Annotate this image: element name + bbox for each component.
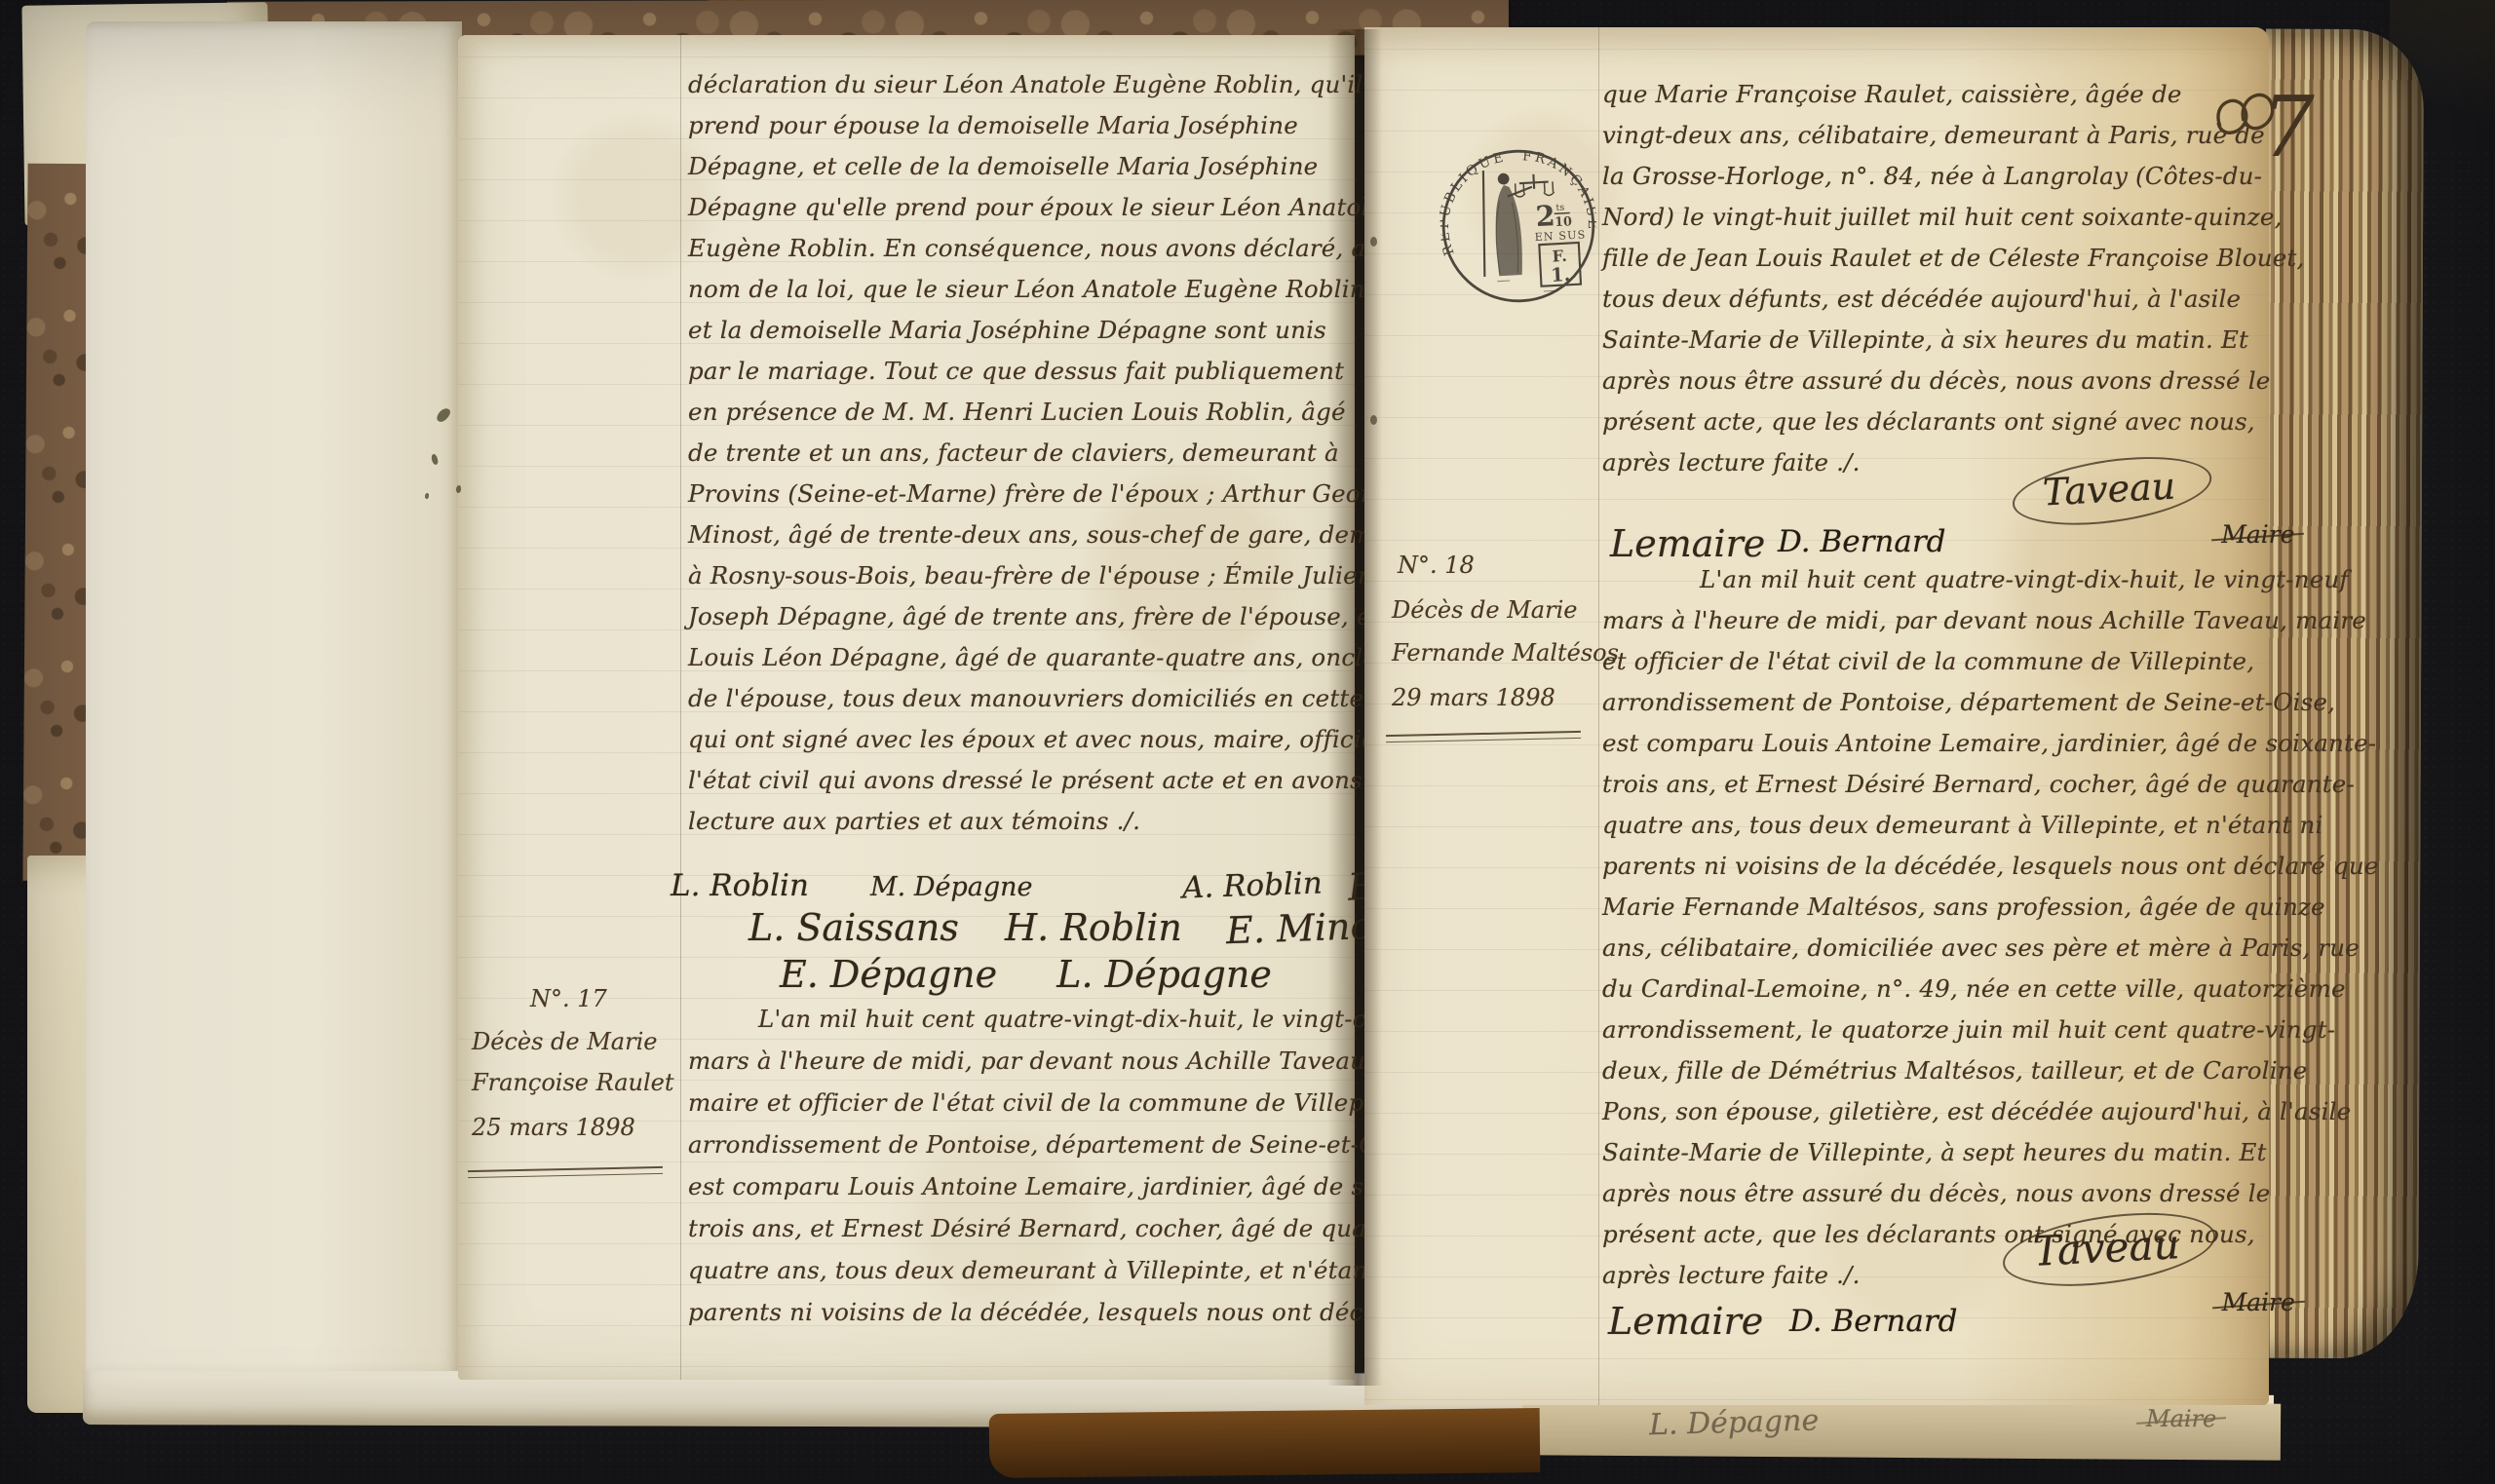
signature: M. Dépagne <box>870 872 1032 902</box>
handwritten-text-line: déclaration du sieur Léon Anatole Eugène… <box>688 64 1355 105</box>
handwritten-text-line: vingt-deux ans, célibataire, demeurant à… <box>1602 115 2275 156</box>
handwritten-text-line: parents ni voisins de la décédée, lesque… <box>1602 846 2275 887</box>
margin-rule-line <box>680 35 681 1380</box>
handwritten-text-line: fille de Jean Louis Raulet et de Céleste… <box>1602 238 2275 279</box>
act-number: N°. 17 <box>472 985 607 1012</box>
declarant-signature: Lemaire <box>1610 522 1765 565</box>
signature-row-2: L. Saissans H. Roblin E. Minost <box>748 906 1406 949</box>
margin-divider <box>1386 731 1581 742</box>
handwritten-text-line: prend pour épouse la demoiselle Maria Jo… <box>688 105 1355 146</box>
handwritten-text-line: nom de la loi, que le sieur Léon Anatole… <box>688 269 1355 310</box>
act-18-signatures: Taveau Maire Lemaire D. Bernard <box>1602 1294 2275 1391</box>
handwritten-text-line: tous deux défunts, est décédée aujourd'h… <box>1602 279 2275 320</box>
declarant-signature: Lemaire <box>1608 1300 1763 1343</box>
svg-text:10: 10 <box>1555 214 1573 230</box>
handwritten-text-line: ans, célibataire, domiciliée avec ses pè… <box>1602 928 2275 969</box>
handwritten-text-line: parents ni voisins de la décédée, lesque… <box>688 1291 1355 1333</box>
margin-note-act-18: N°. 18 Décès de Marie Fernande Maltésos … <box>1392 552 1604 746</box>
handwritten-text-line: que Marie Françoise Raulet, caissière, â… <box>1602 74 2275 115</box>
signature: L. Saissans <box>748 906 959 949</box>
signature: A. Roblin <box>1181 866 1323 906</box>
handwritten-text-line: de trente et un ans, facteur de claviers… <box>688 433 1355 474</box>
handwritten-text-line: qui ont signé avec les époux et avec nou… <box>688 719 1355 760</box>
death-act-17-text: L'an mil huit cent quatre-vingt-dix-huit… <box>688 998 1355 1333</box>
handwritten-text-line: de l'épouse, tous deux manouvriers domic… <box>688 678 1355 719</box>
svg-text:ts: ts <box>1555 203 1564 213</box>
mayor-title: Maire <box>2222 1288 2295 1316</box>
signature-row-3: E. Dépagne L. Dépagne Taveau Maire <box>780 953 1325 996</box>
declarant-signature: D. Bernard <box>1789 1304 1958 1339</box>
signature: E. Dépagne <box>780 953 997 996</box>
handwritten-text-line: Louis Léon Dépagne, âgé de quarante-quat… <box>688 637 1355 678</box>
handwritten-text-line: après nous être assuré du décès, nous av… <box>1602 1173 2275 1214</box>
deceased-name: Françoise Raulet <box>472 1069 674 1096</box>
svg-text:1.: 1. <box>1551 263 1571 286</box>
handwritten-text-line: Nord) le vingt-huit juillet mil huit cen… <box>1602 197 2275 238</box>
handwritten-text-line: arrondissement de Pontoise, département … <box>1602 682 2275 723</box>
republique-francaise-fiscal-stamp: RÉPUBLIQUE FRANÇAISE <box>1437 144 1600 308</box>
mayor-title: Maire <box>2221 520 2294 549</box>
wooden-stand-bottom <box>989 1408 1541 1478</box>
handwritten-text-line: Sainte-Marie de Villepinte, à six heures… <box>1602 320 2275 361</box>
flyleaf-page <box>86 21 462 1378</box>
handwritten-text-line: Provins (Seine-et-Marne) frère de l'épou… <box>688 474 1355 514</box>
binding-stitch <box>1370 415 1377 425</box>
handwritten-text-line: deux, fille de Démétrius Maltésos, taill… <box>1602 1050 2275 1091</box>
signature: L. Roblin <box>671 868 809 903</box>
handwritten-text-line: arrondissement, le quatorze juin mil hui… <box>1602 1009 2275 1050</box>
bleed-through-signature: L. Dépagne <box>1649 1403 1820 1442</box>
handwritten-text-line: Eugène Roblin. En conséquence, nous avon… <box>688 228 1355 269</box>
signature: H. Roblin <box>1005 906 1182 949</box>
signature: L. Dépagne <box>1056 953 1272 996</box>
page-number-digit: 7 <box>2261 79 2315 176</box>
handwritten-text-line: en présence de M. M. Henri Lucien Louis … <box>688 392 1355 433</box>
handwritten-text-line: arrondissement de Pontoise, département … <box>688 1123 1355 1165</box>
handwritten-text-line: l'état civil qui avons dressé le présent… <box>688 760 1355 801</box>
handwritten-text-line: quatre ans, tous deux demeurant à Villep… <box>688 1249 1355 1291</box>
page-number: 7 <box>2205 66 2318 189</box>
handwritten-text-line: est comparu Louis Antoine Lemaire, jardi… <box>1602 723 2275 764</box>
stamp-denomination: F. 1. <box>1539 243 1581 286</box>
signature-row-1: L. Roblin M. Dépagne A. Roblin E. Sauvin <box>671 861 1353 904</box>
svg-text:EN SUS: EN SUS <box>1534 228 1586 244</box>
handwritten-text-line: après nous être assuré du décès, nous av… <box>1602 361 2275 401</box>
handwritten-text-line: mars à l'heure de midi, par devant nous … <box>688 1040 1355 1082</box>
handwritten-text-line: L'an mil huit cent quatre-vingt-dix-huit… <box>688 998 1355 1040</box>
left-register-page: déclaration du sieur Léon Anatole Eugène… <box>458 35 1355 1380</box>
handwritten-text-line: et officier de l'état civil de la commun… <box>1602 641 2275 682</box>
handwritten-text-line: Joseph Dépagne, âgé de trente ans, frère… <box>688 596 1355 637</box>
stamp-rate: 2 ts 10 EN SUS <box>1533 198 1587 245</box>
right-register-page: RÉPUBLIQUE FRANÇAISE <box>1364 27 2269 1405</box>
handwritten-text-line: maire et officier de l'état civil de la … <box>688 1082 1355 1123</box>
handwritten-text-line: Marie Fernande Maltésos, sans profession… <box>1602 887 2275 928</box>
handwritten-text-line: la Grosse-Horloge, n°. 84, née à Langrol… <box>1602 156 2275 197</box>
handwritten-text-line: quatre ans, tous deux demeurant à Villep… <box>1602 805 2275 846</box>
handwritten-text-line: du Cardinal-Lemoine, n°. 49, née en cett… <box>1602 969 2275 1009</box>
handwritten-text-line: Minost, âgé de trente-deux ans, sous-che… <box>688 514 1355 555</box>
handwritten-text-line: présent acte, que les déclarants ont sig… <box>1602 401 2275 442</box>
mayor-signature: Taveau <box>2030 464 2188 514</box>
marriage-act-text: déclaration du sieur Léon Anatole Eugène… <box>688 64 1355 842</box>
handwritten-text-line: Dépagne qu'elle prend pour époux le sieu… <box>688 187 1355 228</box>
deceased-name: Fernande Maltésos <box>1392 639 1619 666</box>
death-act-17-continued-text: que Marie Françoise Raulet, caissière, â… <box>1602 74 2275 483</box>
handwritten-text-line: et la demoiselle Maria Joséphine Dépagne… <box>688 310 1355 351</box>
handwritten-text-line: Sainte-Marie de Villepinte, à sept heure… <box>1602 1132 2275 1173</box>
handwritten-text-line: Pons, son épouse, giletière, est décédée… <box>1602 1091 2275 1132</box>
mayor-signature: Taveau <box>2020 1219 2193 1275</box>
handwritten-text-line: trois ans, et Ernest Désiré Bernard, coc… <box>688 1207 1355 1249</box>
bleed-through-title: Maire <box>2146 1405 2216 1433</box>
handwritten-text-line: lecture aux parties et aux témoins ./. <box>688 801 1355 842</box>
binding-stitch <box>1370 237 1377 247</box>
declarant-signature: D. Bernard <box>1778 524 1946 559</box>
act-label: Décès de Marie <box>1392 596 1577 624</box>
act-date: 29 mars 1898 <box>1392 684 1555 711</box>
book-gutter <box>1327 29 1382 1386</box>
photograph-of-civil-register: déclaration du sieur Léon Anatole Eugène… <box>0 0 2495 1484</box>
handwritten-text-line: à Rosny-sous-Bois, beau-frère de l'épous… <box>688 555 1355 596</box>
act-date: 25 mars 1898 <box>472 1114 635 1141</box>
margin-divider <box>468 1166 663 1178</box>
under-sheet-edge: L. Dépagne Maire <box>1522 1398 2281 1460</box>
handwritten-text-line: par le mariage. Tout ce que dessus fait … <box>688 351 1355 392</box>
svg-text:2: 2 <box>1535 199 1556 233</box>
act-17-signatures: Taveau Maire Lemaire D. Bernard <box>1602 495 2275 583</box>
margin-note-act-17: N°. 17 Décès de Marie Françoise Raulet 2… <box>472 985 678 1190</box>
handwritten-text-line: est comparu Louis Antoine Lemaire, jardi… <box>688 1165 1355 1207</box>
act-label: Décès de Marie <box>472 1028 657 1055</box>
stamp-graphic: RÉPUBLIQUE FRANÇAISE <box>1437 144 1600 308</box>
handwritten-text-line: mars à l'heure de midi, par devant nous … <box>1602 600 2275 641</box>
handwritten-text-line: Dépagne, et celle de la demoiselle Maria… <box>688 146 1355 187</box>
death-act-18-text: L'an mil huit cent quatre-vingt-dix-huit… <box>1602 559 2275 1296</box>
act-number: N°. 18 <box>1392 552 1475 579</box>
handwritten-text-line: trois ans, et Ernest Désiré Bernard, coc… <box>1602 764 2275 805</box>
